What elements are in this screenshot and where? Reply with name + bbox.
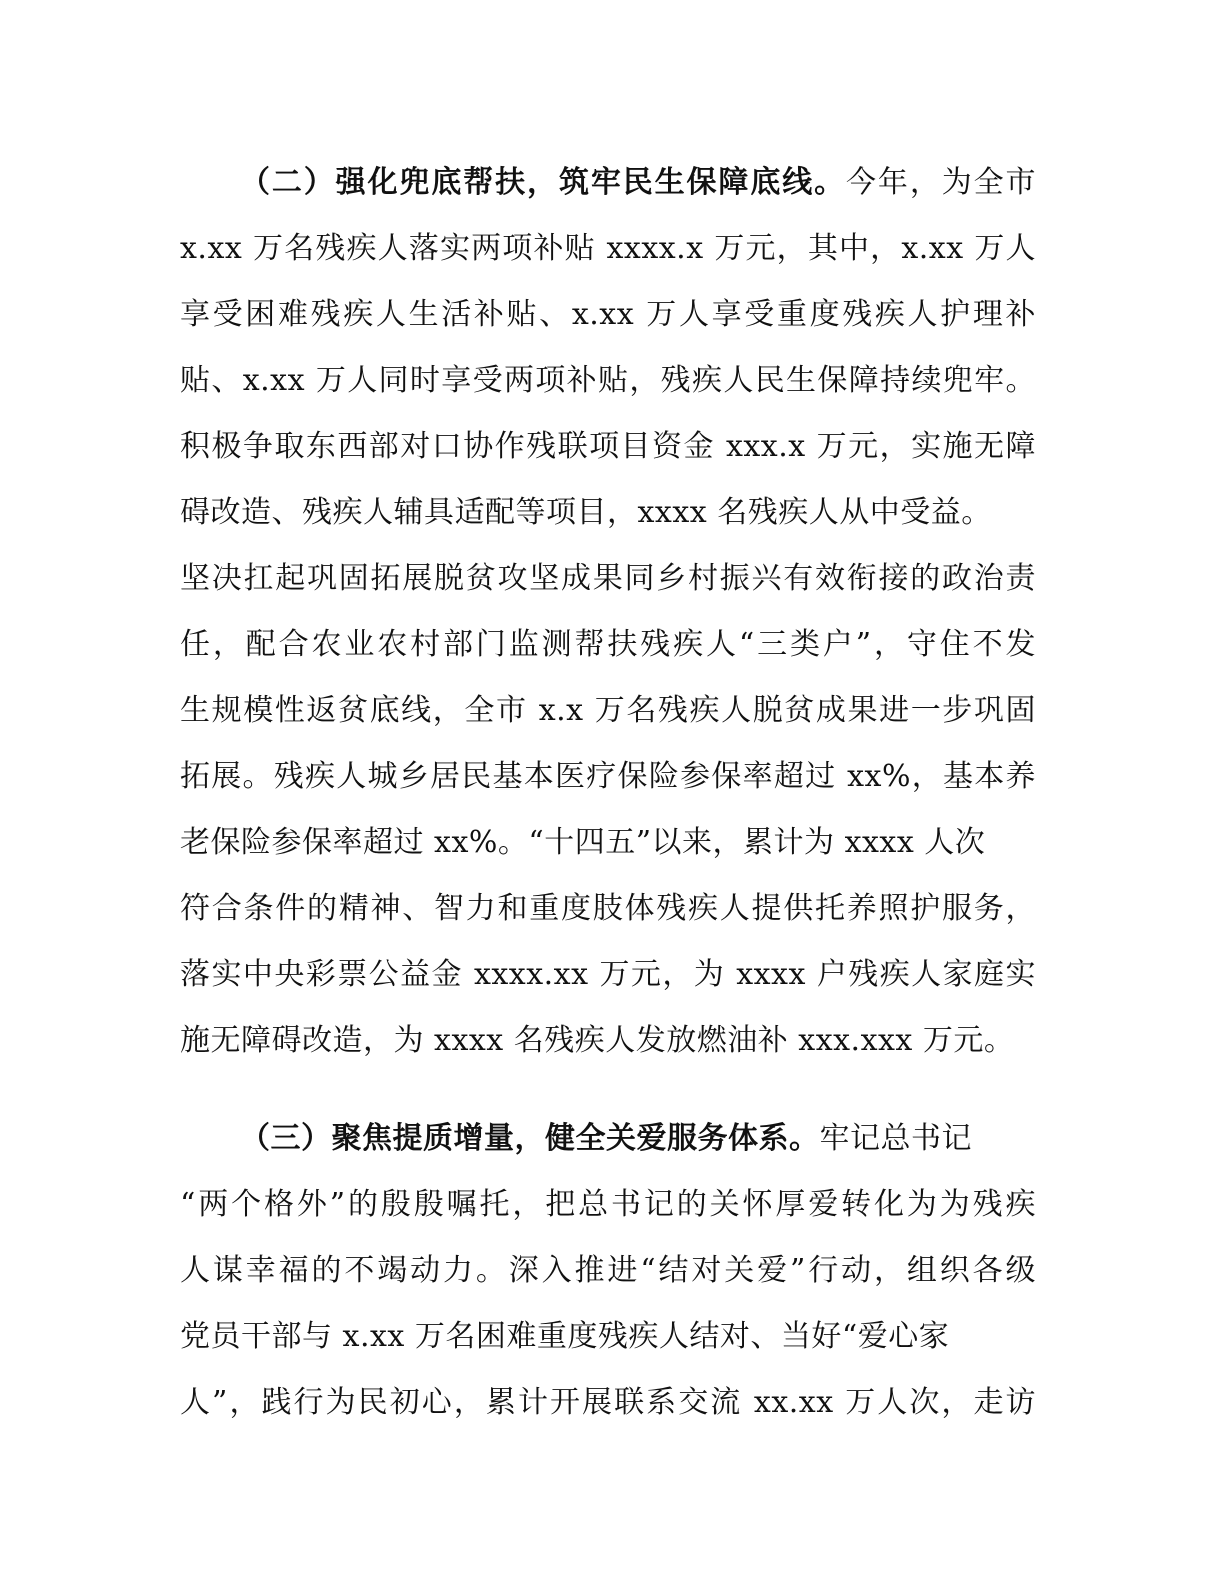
paragraph-line: “两个格外”的殷殷嘱托，把总书记的关怀厚爱转化为为残疾 <box>180 1172 1036 1238</box>
paragraph-line: 贴、x.xx 万人同时享受两项补贴，残疾人民生保障持续兜牢。 <box>180 348 1036 414</box>
paragraph-line: 落实中央彩票公益金 xxxx.xx 万元，为 xxxx 户残疾人家庭实 <box>180 942 1036 1008</box>
paragraph-line: 坚决扛起巩固拓展脱贫攻坚成果同乡村振兴有效衔接的政治责 <box>180 546 1036 612</box>
paragraph-line: 老保险参保率超过 xx%。“十四五”以来，累计为 xxxx 人次 <box>180 810 1036 876</box>
body-text: 牢记总书记 <box>820 1121 973 1156</box>
paragraph-line: （三）聚焦提质增量，健全关爱服务体系。牢记总书记 <box>180 1106 1036 1172</box>
paragraph-line: 积极争取东西部对口协作残联项目资金 xxx.x 万元，实施无障 <box>180 414 1036 480</box>
paragraph-line: （二）强化兜底帮扶，筑牢民生保障底线。今年，为全市 <box>180 150 1036 216</box>
section-heading: （三）聚焦提质增量，健全关爱服务体系。 <box>240 1121 820 1156</box>
body-text: 今年，为全市 <box>846 165 1036 200</box>
paragraph-care-services: （三）聚焦提质增量，健全关爱服务体系。牢记总书记 “两个格外”的殷殷嘱托，把总书… <box>180 1106 1036 1436</box>
paragraph-line: 拓展。残疾人城乡居民基本医疗保险参保率超过 xx%，基本养 <box>180 744 1036 810</box>
paragraph-line: 任，配合农业农村部门监测帮扶残疾人“三类户”，守住不发 <box>180 612 1036 678</box>
paragraph-line: 党员干部与 x.xx 万名困难重度残疾人结对、当好“爱心家 <box>180 1304 1036 1370</box>
paragraph-line: 享受困难残疾人生活补贴、x.xx 万人享受重度残疾人护理补 <box>180 282 1036 348</box>
section-heading: （二）强化兜底帮扶，筑牢民生保障底线。 <box>240 165 846 200</box>
paragraph-line: 人”，践行为民初心，累计开展联系交流 xx.xx 万人次，走访 <box>180 1370 1036 1436</box>
paragraph-strengthen-support: （二）强化兜底帮扶，筑牢民生保障底线。今年，为全市 x.xx 万名残疾人落实两项… <box>180 150 1036 1074</box>
paragraph-line: 施无障碍改造，为 xxxx 名残疾人发放燃油补 xxx.xxx 万元。 <box>180 1008 1036 1074</box>
paragraph-line: 符合条件的精神、智力和重度肢体残疾人提供托养照护服务， <box>180 876 1036 942</box>
paragraph-line: x.xx 万名残疾人落实两项补贴 xxxx.x 万元，其中，x.xx 万人 <box>180 216 1036 282</box>
document-page: （二）强化兜底帮扶，筑牢民生保障底线。今年，为全市 x.xx 万名残疾人落实两项… <box>180 150 1036 1436</box>
paragraph-line: 生规模性返贫底线，全市 x.x 万名残疾人脱贫成果进一步巩固 <box>180 678 1036 744</box>
paragraph-line: 碍改造、残疾人辅具适配等项目，xxxx 名残疾人从中受益。 <box>180 480 1036 546</box>
paragraph-line: 人谋幸福的不竭动力。深入推进“结对关爱”行动，组织各级 <box>180 1238 1036 1304</box>
